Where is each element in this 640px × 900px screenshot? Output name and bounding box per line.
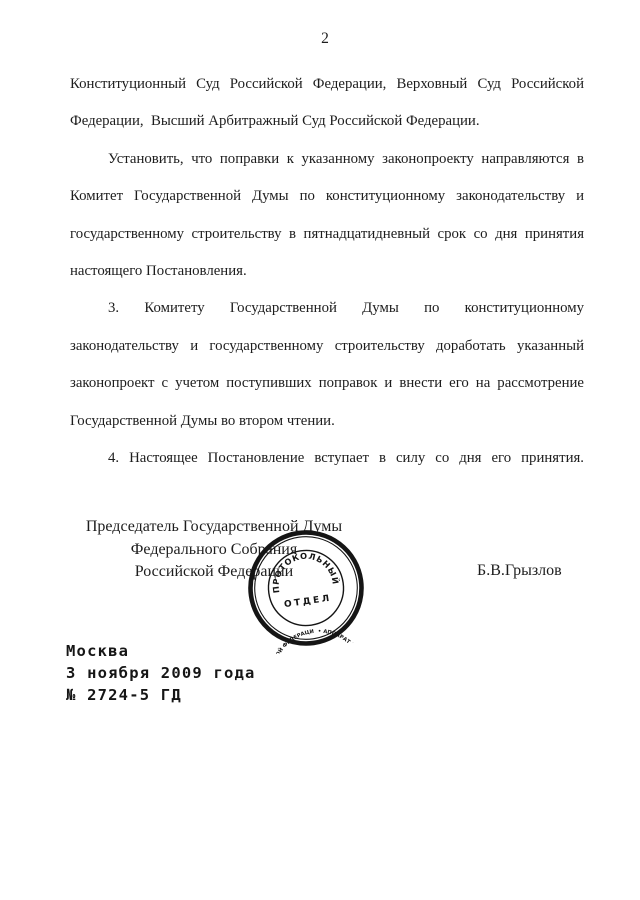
- stamp-ring-text: • АППАРАТ ГОСУДАРСТВЕННОЙ ДУМЫ ФЕДЕРАЛЬН…: [238, 519, 374, 657]
- body-line: законодательству и государственному стро…: [70, 328, 584, 365]
- body-line: настоящего Постановления.: [70, 253, 584, 290]
- protocol-department-stamp-icon: • АППАРАТ ГОСУДАРСТВЕННОЙ ДУМЫ ФЕДЕРАЛЬН…: [238, 519, 374, 657]
- stamp-ring-text-holder: • АППАРАТ ГОСУДАРСТВЕННОЙ ДУМЫ ФЕДЕРАЛЬН…: [238, 519, 374, 657]
- stamp-arc-text-holder: ПРОТОКОЛЬНЫЙ: [266, 546, 342, 594]
- body-line: 4. Настоящее Постановление вступает в си…: [70, 440, 584, 477]
- document-body: Конституционный Суд Российской Федерации…: [70, 66, 584, 477]
- body-line: Государственной Думы во втором чтении.: [70, 403, 584, 440]
- signatory-name: Б.В.Грызлов: [477, 560, 562, 582]
- body-line: Комитет Государственной Думы по конститу…: [70, 178, 584, 215]
- body-line: законопроект с учетом поступивших поправ…: [70, 365, 584, 402]
- body-line: Конституционный Суд Российской Федерации…: [70, 66, 584, 103]
- body-line: Установить, что поправки к указанному за…: [70, 141, 584, 178]
- stamp-center-text: ОТДЕЛ: [284, 594, 333, 611]
- issuance-number: № 2724-5 ГД: [66, 684, 256, 706]
- stamp-arc-text: ПРОТОКОЛЬНЫЙ: [266, 546, 342, 594]
- body-line: государственному строительству в пятнадц…: [70, 216, 584, 253]
- body-line: Федерации, Высший Арбитражный Суд Россий…: [70, 103, 584, 140]
- issuance-city: Москва: [66, 640, 256, 662]
- issuance-block: Москва 3 ноября 2009 года № 2724-5 ГД: [66, 640, 256, 706]
- issuance-date: 3 ноября 2009 года: [66, 662, 256, 684]
- scanned-document-page: 2 Конституционный Суд Российской Федерац…: [0, 0, 640, 900]
- page-number: 2: [10, 30, 640, 48]
- body-line: 3. Комитету Государственной Думы по конс…: [70, 290, 584, 327]
